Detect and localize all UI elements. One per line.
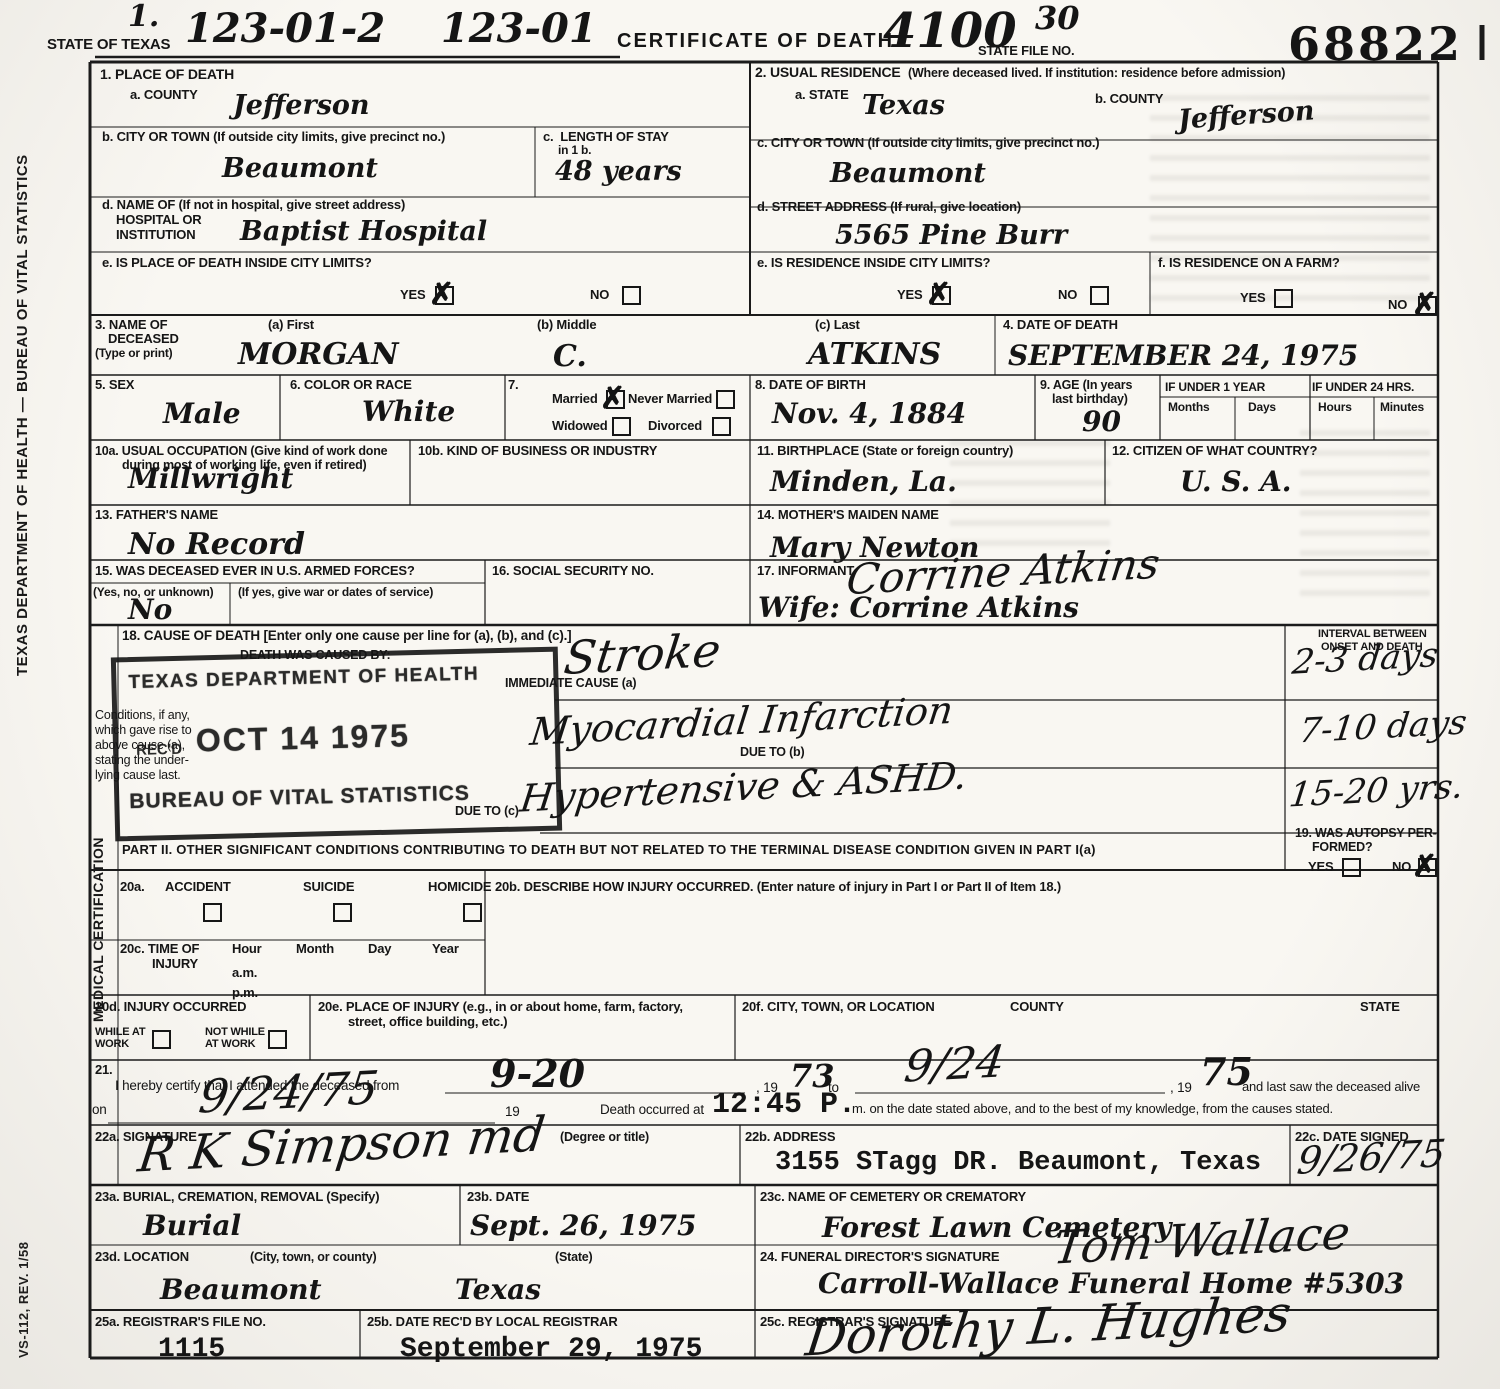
autopsy-no-checkbox	[1418, 858, 1437, 877]
race-value: White	[362, 396, 455, 428]
attended-to-value: 9/24	[901, 1037, 1007, 1093]
conditions-label-4: stating the under-	[95, 753, 189, 767]
day-label: Day	[368, 942, 391, 957]
state-file-no-label: STATE FILE NO.	[978, 44, 1074, 59]
residence-street-value: 5565 Pine Burr	[835, 220, 1067, 251]
autopsy-yes-label: YES	[1308, 860, 1333, 875]
residence-city-limits-yes-checkbox	[932, 286, 951, 305]
birthplace-value: Minden, La.	[770, 466, 957, 498]
divorced-checkbox	[712, 417, 731, 436]
attended-from-value: 9-20	[490, 1052, 585, 1096]
length-of-stay-value: 48 years	[555, 156, 682, 187]
death-certificate-scan: TEXAS DEPARTMENT OF HEALTH — BUREAU OF V…	[0, 0, 1500, 1389]
dob-value: Nov. 4, 1884	[772, 398, 966, 430]
death-occurred-label: Death occurred at	[600, 1102, 704, 1118]
location-sublabel-city: (City, town, or county)	[250, 1250, 376, 1264]
residence-farm-no-label: NO	[1388, 298, 1407, 313]
minutes-label: Minutes	[1380, 401, 1424, 415]
widowed-label: Widowed	[552, 419, 608, 434]
armed-forces-label: 15. WAS DECEASED EVER IN U.S. ARMED FORC…	[95, 564, 415, 579]
last-name-label: (c) Last	[815, 318, 860, 333]
place-county-value: Jefferson	[233, 90, 370, 121]
residence-state-label: a. STATE	[795, 88, 849, 103]
place-county-label: a. COUNTY	[130, 88, 198, 103]
suicide-label: SUICIDE	[303, 880, 354, 895]
citizen-value: U. S. A.	[1180, 466, 1292, 498]
injury-20a-label: 20a.	[120, 880, 145, 895]
injury-county-label: COUNTY	[1010, 1000, 1064, 1015]
residence-city-value: Beaumont	[830, 158, 986, 189]
physician-address-value: 3155 STagg DR. Beaumont, Texas	[775, 1148, 1261, 1179]
father-name-value: No Record	[128, 528, 305, 563]
residence-city-limits-no-checkbox	[1090, 286, 1109, 305]
place-city-label: b. CITY OR TOWN (If outside city limits,…	[102, 130, 445, 145]
describe-injury-label: 20b. DESCRIBE HOW INJURY OCCURRED. (Ente…	[495, 880, 1061, 895]
under-24-hrs-label: IF UNDER 24 HRS.	[1312, 381, 1414, 395]
suicide-checkbox	[333, 903, 352, 922]
injury-occurred-label: 20d. INJURY OCCURRED	[95, 1000, 246, 1015]
armed-forces-sub2: (If yes, give war or dates of service)	[238, 586, 433, 600]
residence-section-label: 2. USUAL RESIDENCE	[755, 64, 901, 80]
name-label-2: DECEASED	[108, 332, 179, 347]
place-of-death-section-label: 1. PLACE OF DEATH	[100, 66, 234, 82]
handwritten-30: 30	[1035, 0, 1080, 37]
occupation-value: Millwright	[128, 463, 293, 495]
stamp-date: OCT 14 1975	[195, 717, 410, 759]
residence-street-label: d. STREET ADDRESS (If rural, give locati…	[757, 200, 1021, 215]
location-sublabel-state: (State)	[555, 1250, 593, 1264]
location-state-value: Texas	[455, 1274, 541, 1306]
month-label: Month	[296, 942, 334, 957]
closing-text: m. on the date stated above, and to the …	[852, 1102, 1333, 1117]
autopsy-no-label: NO	[1392, 860, 1411, 875]
cemetery-label: 23c. NAME OF CEMETERY OR CREMATORY	[760, 1190, 1026, 1205]
accident-checkbox	[203, 903, 222, 922]
physician-address-label: 22b. ADDRESS	[745, 1130, 835, 1145]
degree-or-title-label: (Degree or title)	[560, 1130, 649, 1144]
residence-city-limits-no-label: NO	[1058, 288, 1077, 303]
cause-of-death-header: 18. CAUSE OF DEATH [Enter only one cause…	[122, 628, 571, 644]
residence-county-label: b. COUNTY	[1095, 92, 1163, 107]
residence-city-limits-label: e. IS RESIDENCE INSIDE CITY LIMITS?	[757, 256, 990, 271]
first-name-label: (a) First	[268, 318, 314, 333]
last-saw-text: and last saw the deceased alive	[1242, 1080, 1420, 1095]
dob-label: 8. DATE OF BIRTH	[755, 378, 866, 393]
first-name-value: MORGAN	[238, 338, 399, 373]
homicide-label: HOMICIDE	[428, 880, 491, 895]
injury-state-label: STATE	[1360, 1000, 1400, 1015]
date-of-death-label: 4. DATE OF DEATH	[1003, 318, 1118, 333]
cert-item-label: 21.	[95, 1063, 112, 1078]
hour-label: Hour	[232, 942, 262, 957]
place-city-limits-no-label: NO	[590, 288, 609, 303]
armed-forces-value: No	[128, 594, 172, 626]
place-city-value: Beaumont	[222, 153, 378, 184]
accident-label: ACCIDENT	[165, 880, 231, 895]
location-label: 23d. LOCATION	[95, 1250, 189, 1265]
months-label: Months	[1168, 401, 1209, 415]
burial-date-value: Sept. 26, 1975	[470, 1210, 696, 1242]
year-prefix-2: , 19	[1170, 1080, 1192, 1096]
handwritten-index: 1.	[128, 0, 159, 35]
part2-label: PART II. OTHER SIGNIFICANT CONDITIONS CO…	[122, 843, 1096, 858]
due-to-b-label: DUE TO (b)	[740, 745, 804, 759]
date-signed-value: 9/26/75	[1295, 1132, 1448, 1183]
widowed-checkbox	[612, 417, 631, 436]
hospital-label-3: INSTITUTION	[116, 228, 195, 243]
middle-name-label: (b) Middle	[537, 318, 596, 333]
burial-value: Burial	[143, 1210, 241, 1242]
funeral-director-label: 24. FUNERAL DIRECTOR'S SIGNATURE	[760, 1250, 999, 1265]
cause-a-value: Stroke	[561, 624, 724, 685]
sex-label: 5. SEX	[95, 378, 134, 393]
marital-item-label: 7.	[508, 378, 518, 393]
birthplace-label: 11. BIRTHPLACE (State or foreign country…	[757, 444, 1013, 459]
father-name-label: 13. FATHER'S NAME	[95, 508, 218, 523]
residence-city-label: c. CITY OR TOWN (If outside city limits,…	[757, 136, 1099, 151]
last-name-value: ATKINS	[808, 338, 941, 373]
residence-state-value: Texas	[862, 90, 945, 121]
am-label: a.m.	[232, 966, 257, 981]
residence-farm-label: f. IS RESIDENCE ON A FARM?	[1158, 256, 1340, 271]
stamp-line-1: TEXAS DEPARTMENT OF HEALTH	[128, 663, 479, 694]
married-checkbox	[606, 390, 625, 409]
not-while-at-work-label-2: AT WORK	[205, 1038, 255, 1051]
residence-section-sublabel: (Where deceased lived. If institution: r…	[908, 66, 1285, 80]
registrar-date-label: 25b. DATE REC'D BY LOCAL REGISTRAR	[367, 1315, 618, 1330]
industry-label: 10b. KIND OF BUSINESS OR INDUSTRY	[418, 444, 657, 459]
location-city-value: Beaumont	[160, 1274, 322, 1306]
registrar-date-value: September 29, 1975	[400, 1334, 702, 1366]
hospital-value: Baptist Hospital	[240, 216, 487, 247]
age-label-1: 9. AGE (In years	[1040, 378, 1132, 392]
place-city-limits-yes-checkbox	[435, 286, 454, 305]
days-label: Days	[1248, 401, 1276, 415]
time-of-injury-label-1: 20c. TIME OF	[120, 942, 199, 957]
ssn-label: 16. SOCIAL SECURITY NO.	[492, 564, 654, 579]
registrar-file-value: 1115	[158, 1334, 225, 1366]
state-of-texas-label: STATE OF TEXAS	[47, 36, 170, 53]
hospital-label-1: d. NAME OF (If not in hospital, give str…	[102, 198, 405, 213]
handwritten-district-codes: 123-01-2 123-01	[185, 6, 597, 52]
certificate-number: 68822	[1288, 18, 1463, 71]
residence-farm-yes-checkbox	[1274, 289, 1293, 308]
residence-farm-yes-label: YES	[1240, 291, 1265, 306]
place-city-limits-label: e. IS PLACE OF DEATH INSIDE CITY LIMITS?	[102, 256, 372, 271]
not-while-at-work-checkbox	[268, 1030, 287, 1049]
while-at-work-label-1: WHILE AT	[95, 1026, 145, 1039]
while-at-work-label-2: WORK	[95, 1038, 129, 1051]
year-label: Year	[432, 942, 459, 957]
registrar-file-label: 25a. REGISTRAR'S FILE NO.	[95, 1315, 266, 1330]
mother-name-label: 14. MOTHER'S MAIDEN NAME	[757, 508, 939, 523]
hospital-label-2: HOSPITAL OR	[116, 213, 201, 228]
residence-city-limits-yes-label: YES	[897, 288, 922, 303]
stamp-line-3: BUREAU OF VITAL STATISTICS	[129, 782, 470, 814]
homicide-checkbox	[463, 903, 482, 922]
age-value: 90	[1082, 406, 1121, 438]
time-of-injury-label-2: INJURY	[152, 957, 198, 972]
never-married-label: Never Married	[628, 392, 712, 407]
divorced-label: Divorced	[648, 419, 702, 434]
married-label: Married	[552, 392, 598, 407]
autopsy-label-2: FORMED?	[1312, 840, 1372, 854]
certificate-title: CERTIFICATE OF DEATH	[617, 30, 894, 53]
sex-value: Male	[163, 398, 241, 430]
burial-date-label: 23b. DATE	[467, 1190, 529, 1205]
on-label: on	[92, 1102, 107, 1118]
date-of-death-value: SEPTEMBER 24, 1975	[1008, 340, 1358, 372]
burial-label: 23a. BURIAL, CREMATION, REMOVAL (Specify…	[95, 1190, 379, 1205]
not-while-at-work-label-1: NOT WHILE	[205, 1026, 265, 1039]
never-married-checkbox	[716, 390, 735, 409]
informant-label: 17. INFORMANT	[757, 564, 854, 579]
place-of-injury-label-1: 20e. PLACE OF INJURY (e.g., in or about …	[318, 1000, 683, 1015]
death-time-value: 12:45 P.	[712, 1088, 856, 1123]
place-city-limits-yes-label: YES	[400, 288, 425, 303]
place-city-limits-no-checkbox	[622, 286, 641, 305]
occupation-label-1: 10a. USUAL OCCUPATION (Give kind of work…	[95, 444, 387, 458]
hours-label: Hours	[1318, 401, 1352, 415]
citizen-label: 12. CITIZEN OF WHAT COUNTRY?	[1112, 444, 1317, 459]
injury-city-label: 20f. CITY, TOWN, OR LOCATION	[742, 1000, 935, 1015]
under-1-year-label: IF UNDER 1 YEAR	[1165, 381, 1265, 395]
informant-value: Wife: Corrine Atkins	[758, 592, 1079, 624]
middle-name-value: C.	[553, 340, 587, 375]
conditions-label-3: above cause (a),	[95, 738, 185, 752]
autopsy-yes-checkbox	[1342, 858, 1361, 877]
autopsy-label-1: 19. WAS AUTOPSY PER-	[1295, 826, 1437, 840]
residence-farm-no-checkbox	[1418, 296, 1437, 315]
race-label: 6. COLOR OR RACE	[290, 378, 412, 393]
name-label-3: (Type or print)	[95, 347, 172, 361]
interval-a-value: 2-3 days	[1290, 636, 1440, 683]
place-of-injury-label-2: street, office building, etc.)	[348, 1015, 507, 1030]
on-date-value: 9/24/75	[196, 1061, 381, 1123]
while-at-work-checkbox	[152, 1030, 171, 1049]
